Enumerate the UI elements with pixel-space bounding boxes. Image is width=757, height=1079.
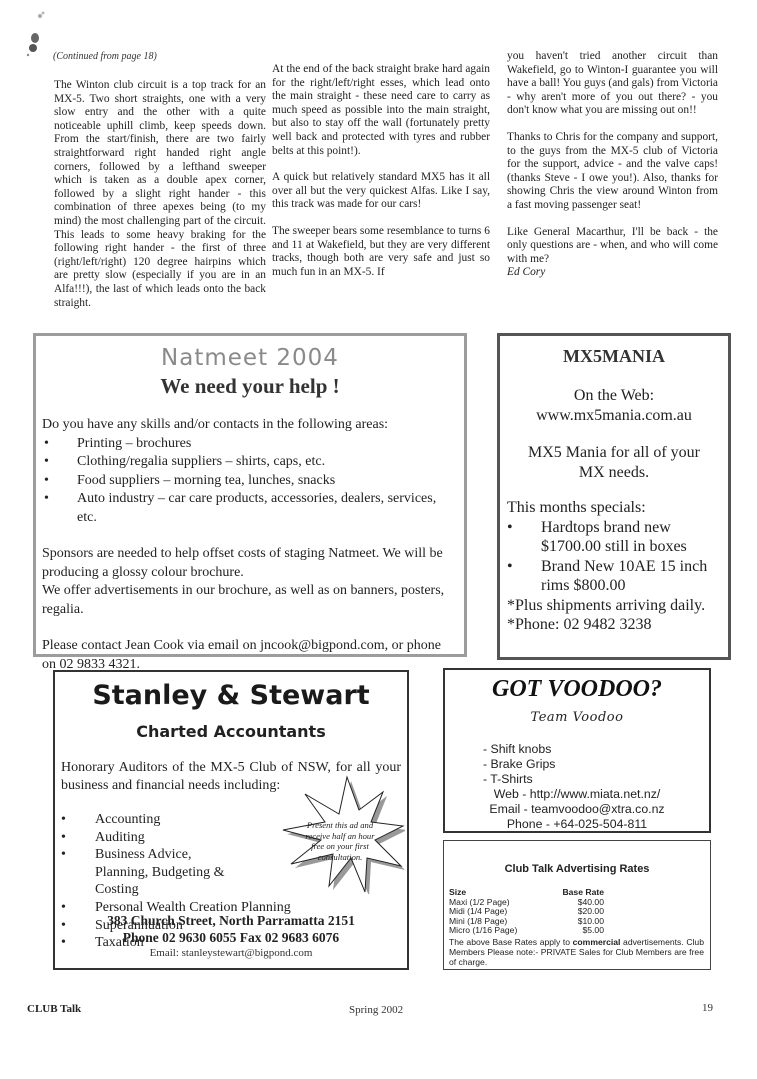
mx5mania-tagline: MX5 Mania for all of your MX needs. [500,443,728,483]
issue-label: Spring 2002 [349,1004,403,1016]
mx5mania-web: On the Web: www.mx5mania.com.au [500,386,728,426]
ss-address: 383 Church Street, North Parramatta 2151 [55,912,407,929]
specials-list: Hardtops brand new $1700.00 still in box… [507,518,723,596]
voodoo-ad: GOT VOODOO? Team Voodoo - Shift knobs - … [443,668,711,833]
article-column-2: At the end of the back straight brake ha… [272,63,490,292]
article-column-3: you haven't tried another circuit than W… [507,50,718,280]
advertising-rates: Club Talk Advertising Rates Size Base Ra… [443,840,711,970]
list-item: - T-Shirts [483,772,555,787]
list-item: Clothing/regalia suppliers – shirts, cap… [42,453,458,472]
web-label: On the Web: [500,386,728,406]
article-paragraph: The sweeper bears some resemblance to tu… [272,225,490,279]
ink-smudge-icon [22,8,52,58]
publication-name: CLUB Talk [27,1003,81,1015]
voodoo-products: - Shift knobs - Brake Grips - T-Shirts [483,742,555,787]
voodoo-title: GOT VOODOO? [445,676,709,703]
article-paragraph: Thanks to Chris for the company and supp… [507,131,718,213]
natmeet-subtitle: We need your help ! [36,374,464,399]
list-item: - Shift knobs [483,742,555,757]
natmeet-list: Printing – brochures Clothing/regalia su… [42,435,458,528]
voodoo-contact: Web - http://www.miata.net.nz/ Email - t… [445,787,709,832]
ss-phone: Phone 02 9630 6055 Fax 02 9683 6076 [55,929,407,946]
rates-table: Size Base Rate Maxi (1/2 Page) $40.00 Mi… [449,888,604,936]
natmeet-offer: We offer advertisements in our brochure,… [42,582,458,619]
natmeet-notice: Natmeet 2004 We need your help ! Do you … [33,333,467,657]
voodoo-web: Web - http://www.miata.net.nz/ [445,787,709,802]
ss-contact: 383 Church Street, North Parramatta 2151… [55,912,407,946]
voodoo-email: Email - teamvoodoo@xtra.co.nz [445,802,709,817]
starburst-offer: Present this ad and receive half an hour… [300,820,380,862]
note-bold: commercial [573,937,621,947]
phone-note: *Phone: 02 9482 3238 [507,615,723,635]
size-cell: Micro (1/16 Page) [449,926,534,936]
rate-cell: $5.00 [534,926,604,936]
article-paragraph: The Winton club circuit is a top track f… [54,79,266,310]
continued-note: (Continued from page 18) [53,51,157,62]
mx5mania-ad: MX5MANIA On the Web: www.mx5mania.com.au… [497,333,731,660]
natmeet-title: Natmeet 2004 [36,345,464,371]
list-item: Brand New 10AE 15 inch rims $800.00 [507,557,723,596]
article-column-1: The Winton club circuit is a top track f… [54,79,266,323]
ss-subtitle: Charted Accountants [55,722,407,741]
list-item: Auto industry – car care products, acces… [42,490,458,527]
rates-title: Club Talk Advertising Rates [444,863,710,875]
shipments-note: *Plus shipments arriving daily. [507,596,723,616]
natmeet-intro: Do you have any skills and/or contacts i… [42,416,458,435]
mx5mania-specials: This months specials: Hardtops brand new… [507,498,723,635]
ss-email: Email: stanleystewart@bigpond.com [55,947,407,959]
mx5mania-title: MX5MANIA [500,346,728,367]
voodoo-phone: Phone - +64-025-504-811 [445,817,709,832]
natmeet-sponsors: Sponsors are needed to help offset costs… [42,545,458,582]
natmeet-contact: Please contact Jean Cook via email on jn… [42,637,458,674]
article-paragraph: At the end of the back straight brake ha… [272,63,490,158]
ss-title: Stanley & Stewart [55,680,407,711]
specials-heading: This months specials: [507,498,723,518]
rates-note: The above Base Rates apply to commercial… [449,937,704,967]
team-voodoo-logo: Team Voodoo [445,710,709,725]
natmeet-body: Do you have any skills and/or contacts i… [42,416,458,674]
list-item: - Brake Grips [483,757,555,772]
article-paragraph: you haven't tried another circuit than W… [507,50,718,118]
note-text: The above Base Rates apply to [449,937,573,947]
list-item: Food suppliers – morning tea, lunches, s… [42,472,458,491]
web-url: www.mx5mania.com.au [500,406,728,426]
article-paragraph: Like General Macarthur, I'll be back - t… [507,226,718,267]
list-item: Business Advice, Planning, Budgeting & C… [61,846,235,899]
list-item: Printing – brochures [42,435,458,454]
author-signature: Ed Cory [507,266,718,280]
article-paragraph: A quick but relatively standard MX5 has … [272,171,490,212]
stanley-stewart-ad: Stanley & Stewart Charted Accountants Ho… [53,670,409,970]
page-number: 19 [702,1002,713,1014]
list-item: Hardtops brand new $1700.00 still in box… [507,518,723,557]
table-row: Micro (1/16 Page) $5.00 [449,926,604,936]
